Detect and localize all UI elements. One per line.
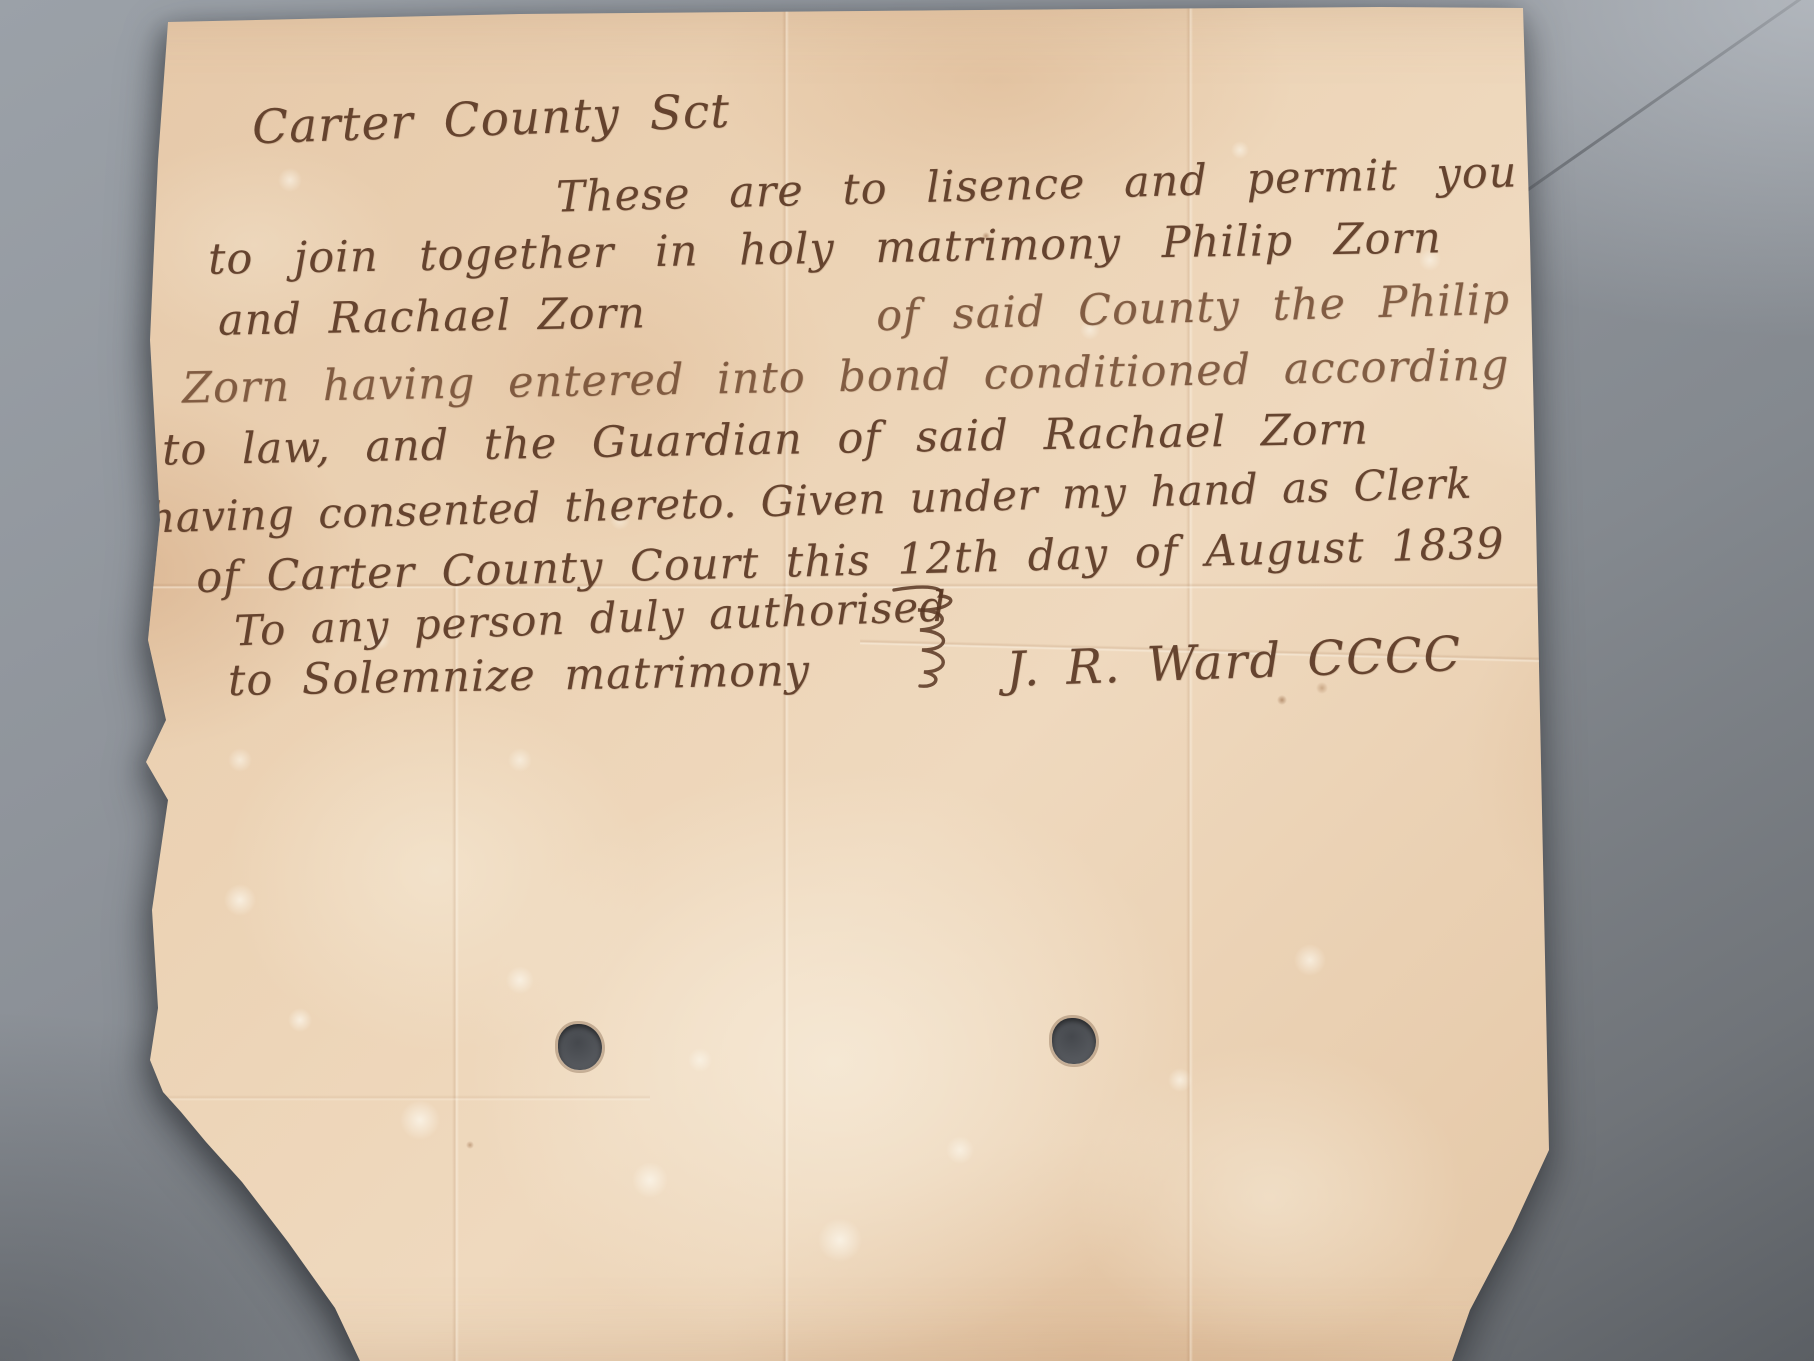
- doc-line-3: to join together in holy matrimony Phili…: [208, 213, 1442, 285]
- doc-line-4-left: and Rachael Zorn: [218, 288, 647, 345]
- doc-line-10: to Solemnize matrimony: [228, 646, 811, 706]
- doc-line-5: Zorn having entered into bond conditione…: [182, 340, 1510, 413]
- doc-line-2: These are to lisence and permit you: [556, 147, 1518, 222]
- punch-hole-right: [1052, 1018, 1096, 1064]
- signature-line: J. R. Ward CCCC: [1005, 626, 1463, 698]
- doc-line-4-right: of said County the Philip: [875, 275, 1510, 342]
- photo-background: Carter County Sct These are to lisence a…: [0, 0, 1814, 1361]
- flourish-bracket: [884, 584, 954, 694]
- document-paper: Carter County Sct These are to lisence a…: [0, 0, 1814, 1361]
- fold-crease-horizontal-lower: [150, 1095, 650, 1101]
- doc-heading: Carter County Sct: [251, 84, 731, 156]
- punch-hole-left: [558, 1024, 602, 1070]
